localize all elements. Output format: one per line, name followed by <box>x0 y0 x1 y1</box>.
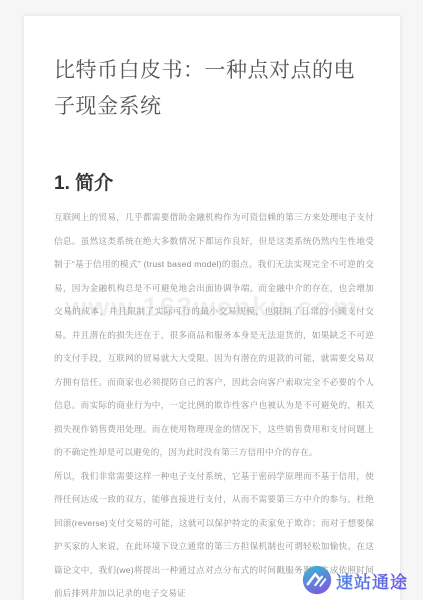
document-body: 互联网上的贸易，几乎都需要借助金融机构作为可资信赖的第三方来处理电子支付信息。虽… <box>54 206 374 600</box>
brand-name: 速站通途 <box>336 568 408 593</box>
section-heading: 1. 简介 <box>54 173 374 195</box>
body-paragraph: 互联网上的贸易，几乎都需要借助金融机构作为可资信赖的第三方来处理电子支付信息。虽… <box>54 206 374 465</box>
page-title: 比特币白皮书：一种点对点的电子现金系统 <box>54 53 374 125</box>
document-page: www.163wenku.com 比特币白皮书：一种点对点的电子现金系统 1. … <box>24 16 400 600</box>
mountain-swoosh-icon <box>302 565 332 595</box>
brand-logo[interactable]: 速站通途 <box>302 565 408 595</box>
